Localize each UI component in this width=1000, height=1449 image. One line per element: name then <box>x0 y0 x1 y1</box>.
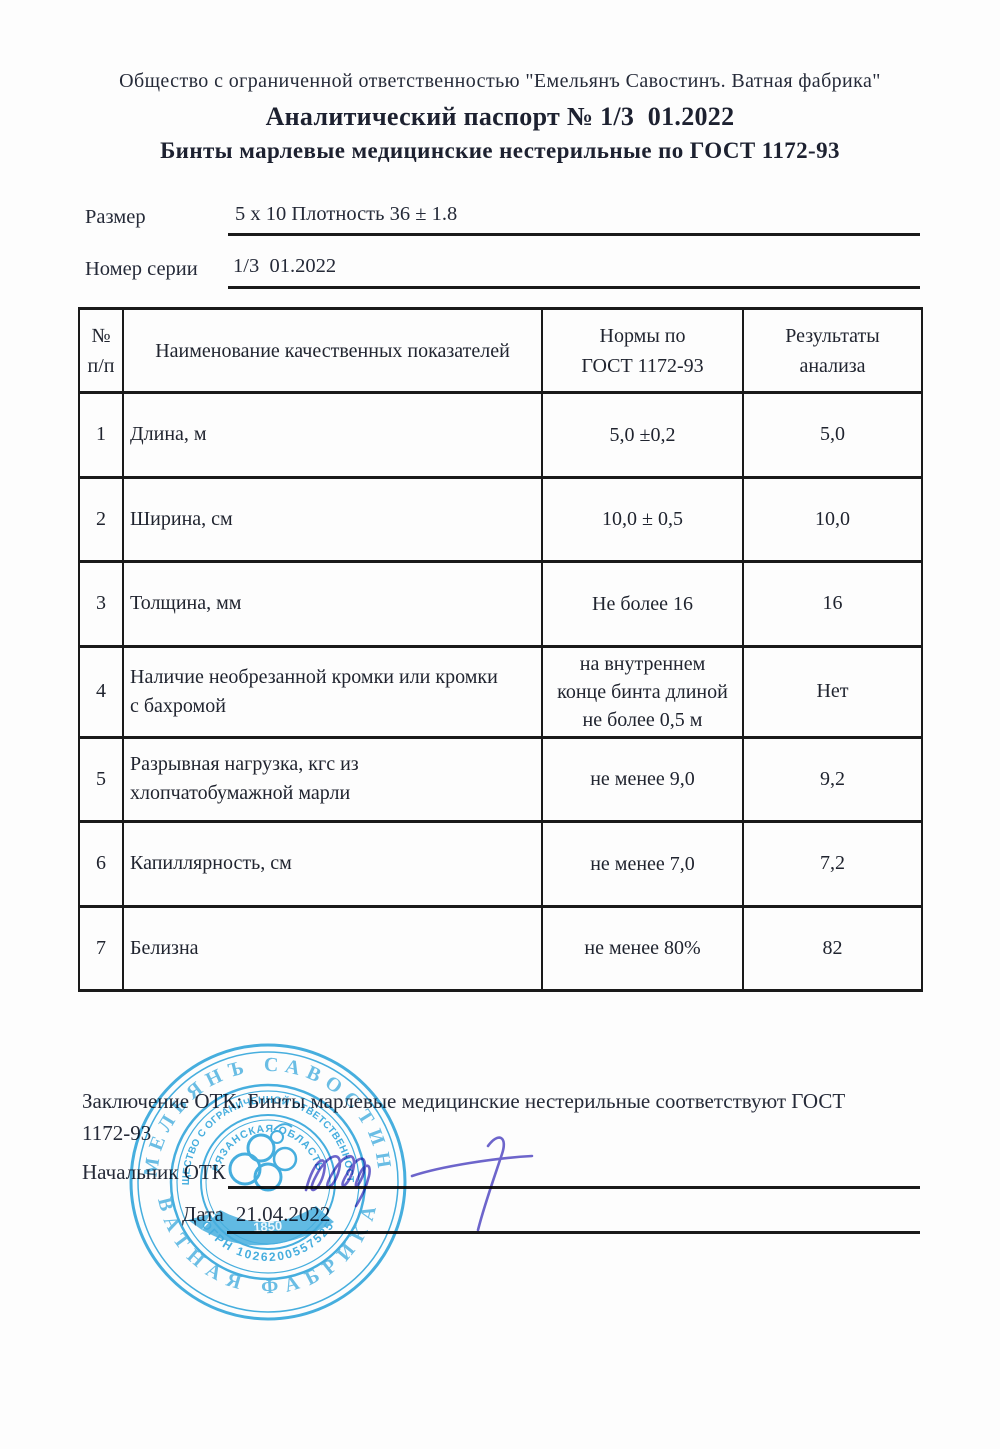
row-name: Белизна <box>123 906 542 991</box>
row-norm: 10,0 ± 0,5 <box>542 477 743 562</box>
series-value: 1/3 01.2022 <box>233 255 336 278</box>
size-underline <box>228 233 920 236</box>
signature-loops <box>306 1156 370 1206</box>
table-row: 5 Разрывная нагрузка, кгс из хлопчатобум… <box>79 737 922 822</box>
row-norm: на внутреннем конце бинта длиной не боле… <box>542 646 743 737</box>
row-result: Нет <box>743 646 922 737</box>
table-row: 7 Белизна не менее 80% 82 <box>79 906 922 991</box>
col-header-name: Наименование качественных показателей <box>123 309 542 393</box>
table-row: 6 Капиллярность, см не менее 7,0 7,2 <box>79 822 922 907</box>
row-result: 9,2 <box>743 737 922 822</box>
table-header-row: № п/п Наименование качественных показате… <box>79 309 922 393</box>
date-line: Дата21.04.2022 <box>182 1202 330 1227</box>
row-name: Разрывная нагрузка, кгс из хлопчатобумаж… <box>123 737 542 822</box>
row-number: 3 <box>79 562 123 647</box>
signature-underline <box>228 1186 920 1189</box>
signature-flourish <box>478 1138 504 1230</box>
row-result: 16 <box>743 562 922 647</box>
row-norm: не менее 9,0 <box>542 737 743 822</box>
signature-crossbar <box>412 1156 532 1176</box>
chief-otk-label: Начальник ОТК <box>82 1160 226 1185</box>
col-header-result: Результаты анализа <box>743 309 922 393</box>
page-subtitle: Бинты марлевые медицинские нестерильные … <box>0 138 1000 164</box>
row-name: Длина, м <box>123 393 542 478</box>
row-name: Ширина, см <box>123 477 542 562</box>
row-number: 4 <box>79 646 123 737</box>
row-result: 82 <box>743 906 922 991</box>
size-label: Размер <box>85 206 146 229</box>
row-number: 2 <box>79 477 123 562</box>
table-row: 3 Толщина, мм Не более 16 16 <box>79 562 922 647</box>
row-number: 5 <box>79 737 123 822</box>
company-name: Общество с ограниченной ответственностью… <box>0 70 1000 93</box>
row-name: Толщина, мм <box>123 562 542 647</box>
row-name: Наличие необрезанной кромки или кромки с… <box>123 646 542 737</box>
row-norm: 5,0 ±0,2 <box>542 393 743 478</box>
row-name: Капиллярность, см <box>123 822 542 907</box>
date-value: 21.04.2022 <box>236 1202 331 1226</box>
date-label: Дата <box>182 1202 224 1226</box>
page-title: Аналитический паспорт № 1/3 01.2022 <box>0 102 1000 132</box>
row-number: 1 <box>79 393 123 478</box>
document-page: Общество с ограниченной ответственностью… <box>0 0 1000 1449</box>
series-label: Номер серии <box>85 258 198 281</box>
row-result: 7,2 <box>743 822 922 907</box>
col-header-num: № п/п <box>79 309 123 393</box>
results-table: № п/п Наименование качественных показате… <box>78 307 923 992</box>
date-underline <box>227 1231 920 1234</box>
row-norm: не менее 80% <box>542 906 743 991</box>
results-table-body: 1 Длина, м 5,0 ±0,2 5,0 2 Ширина, см 10,… <box>79 393 922 991</box>
row-norm: не менее 7,0 <box>542 822 743 907</box>
row-number: 6 <box>79 822 123 907</box>
table-row: 4 Наличие необрезанной кромки или кромки… <box>79 646 922 737</box>
table-row: 2 Ширина, см 10,0 ± 0,5 10,0 <box>79 477 922 562</box>
row-result: 5,0 <box>743 393 922 478</box>
col-header-norm: Нормы по ГОСТ 1172-93 <box>542 309 743 393</box>
row-result: 10,0 <box>743 477 922 562</box>
series-underline <box>228 286 920 289</box>
table-row: 1 Длина, м 5,0 ±0,2 5,0 <box>79 393 922 478</box>
row-norm: Не более 16 <box>542 562 743 647</box>
row-number: 7 <box>79 906 123 991</box>
size-value: 5 x 10 Плотность 36 ± 1.8 <box>235 203 457 226</box>
conclusion-text: Заключение ОТК: Бинты марлевые медицинск… <box>82 1086 934 1149</box>
